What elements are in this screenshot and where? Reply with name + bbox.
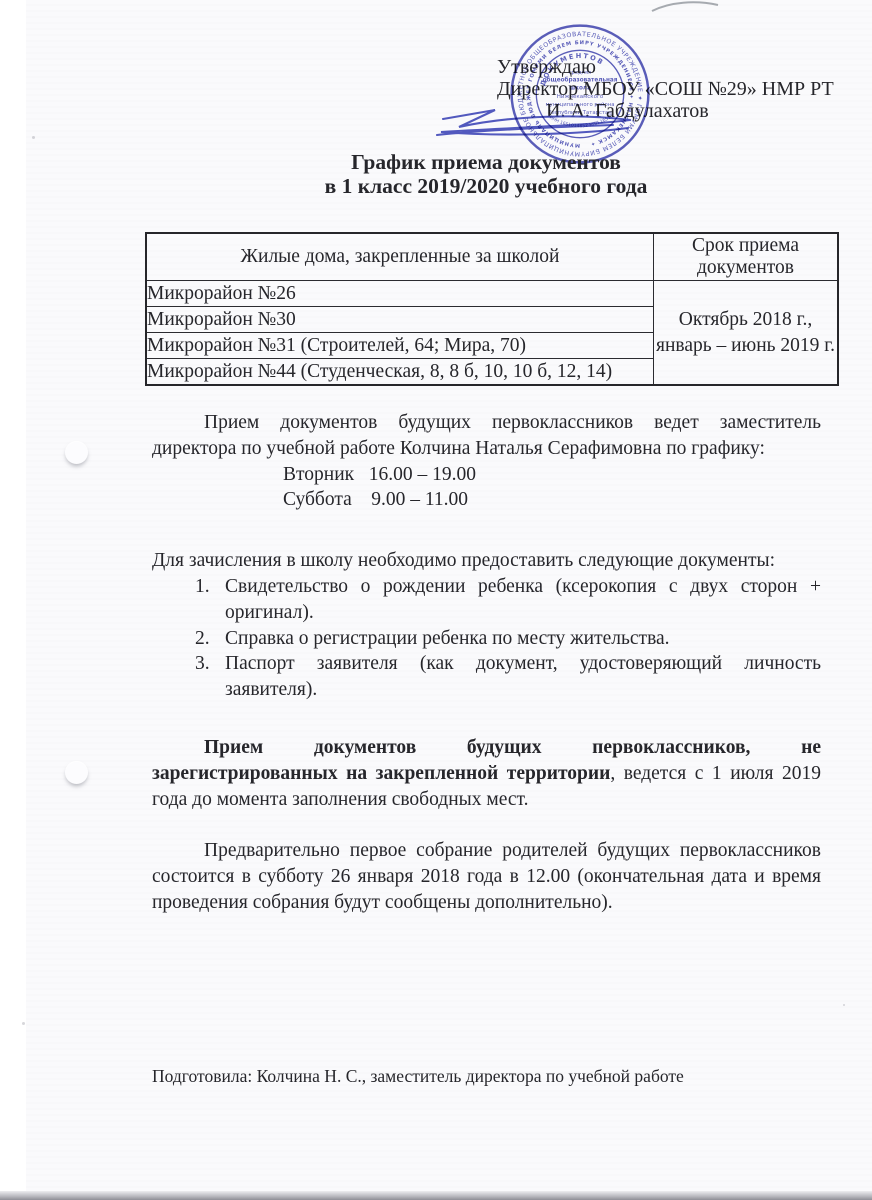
table-header-row: Жилые дома, закрепленные за школой Срок … bbox=[146, 233, 838, 281]
schedule-saturday: Суббота 9.00 – 11.00 bbox=[283, 487, 821, 513]
pen-mark-top-edge bbox=[650, 0, 720, 12]
paragraph-unregistered: Прием документов будущих первоклассников… bbox=[152, 735, 821, 812]
header-cell-period: Срок приема документов bbox=[654, 233, 839, 281]
list-item-number: 1. bbox=[195, 574, 225, 626]
document-title: График приема документов в 1 класс 2019/… bbox=[152, 151, 820, 198]
stamp-center-text: средняя общеобразовательная школа Нижнек… bbox=[543, 70, 618, 116]
svg-text:Нижнекамского: Нижнекамского bbox=[557, 94, 604, 100]
scan-speck bbox=[843, 1004, 845, 1006]
list-item-text: Паспорт заявителя (как документ, удостов… bbox=[225, 651, 821, 703]
district-cell: Микрорайон №26 bbox=[146, 281, 654, 307]
list-item: 3. Паспорт заявителя (как документ, удос… bbox=[195, 651, 821, 703]
paragraph-intake-lead: Прием документов будущих первоклассников… bbox=[152, 410, 821, 462]
list-item-number: 2. bbox=[195, 626, 225, 652]
svg-text:средняя: средняя bbox=[569, 70, 591, 76]
district-cell: Микрорайон №30 bbox=[146, 307, 654, 333]
scan-left-edge bbox=[0, 0, 26, 1200]
list-item-text: Справка о регистрации ребенка по месту ж… bbox=[225, 626, 821, 652]
scan-speck bbox=[22, 1022, 25, 1025]
svg-text:Республики Татарстан: Республики Татарстан bbox=[548, 109, 611, 116]
list-item-text: Свидетельство о рождении ребенка (ксерок… bbox=[225, 574, 821, 626]
title-line-2: в 1 класс 2019/2020 учебного года bbox=[152, 175, 820, 199]
scan-speck bbox=[32, 136, 35, 139]
schedule-tuesday: Вторник 16.00 – 19.00 bbox=[283, 462, 821, 488]
school-round-stamp: МУНИЦИПАЛЬНОЕ БЮДЖЕТНОЕ ОБЩЕОБРАЗОВАТЕЛЬ… bbox=[504, 18, 656, 170]
scanned-document-page: Утверждаю Директор МБОУ «СОШ №29» НМР РТ… bbox=[0, 0, 872, 1200]
punch-hole-top bbox=[65, 441, 88, 464]
document-body: Прием документов будущих первоклассников… bbox=[152, 410, 821, 916]
prepared-by-line: Подготовила: Колчина Н. С., заместитель … bbox=[152, 1066, 684, 1087]
list-item: 2. Справка о регистрации ребенка по мест… bbox=[195, 626, 821, 652]
list-item: 1. Свидетельство о рождении ребенка (ксе… bbox=[195, 574, 821, 626]
punch-hole-bottom bbox=[65, 761, 88, 784]
list-item-number: 3. bbox=[195, 651, 225, 703]
table-row: Микрорайон №26 Октябрь 2018 г., январь –… bbox=[146, 281, 838, 307]
svg-text:школа: школа bbox=[569, 86, 591, 92]
required-documents-list: 1. Свидетельство о рождении ребенка (ксе… bbox=[152, 574, 821, 703]
paragraph-parents-meeting: Предварительно первое собрание родителей… bbox=[152, 838, 821, 915]
paragraph-required-docs-intro: Для зачисления в школу необходимо предос… bbox=[152, 548, 821, 574]
svg-text:общеобразовательная: общеобразовательная bbox=[543, 77, 618, 84]
svg-text:муниципального района: муниципального района bbox=[546, 101, 615, 108]
district-cell: Микрорайон №44 (Студенческая, 8, 8 б, 10… bbox=[146, 359, 654, 386]
scan-bottom-edge bbox=[0, 1191, 872, 1200]
districts-table-wrapper: Жилые дома, закрепленные за школой Срок … bbox=[145, 232, 839, 386]
district-cell: Микрорайон №31 (Строителей, 64; Мира, 70… bbox=[146, 333, 654, 359]
title-line-1: График приема документов bbox=[152, 151, 820, 175]
header-cell-districts: Жилые дома, закрепленные за школой bbox=[146, 233, 654, 281]
period-cell: Октябрь 2018 г., январь – июнь 2019 г. bbox=[654, 281, 839, 386]
districts-table: Жилые дома, закрепленные за школой Срок … bbox=[145, 232, 839, 386]
